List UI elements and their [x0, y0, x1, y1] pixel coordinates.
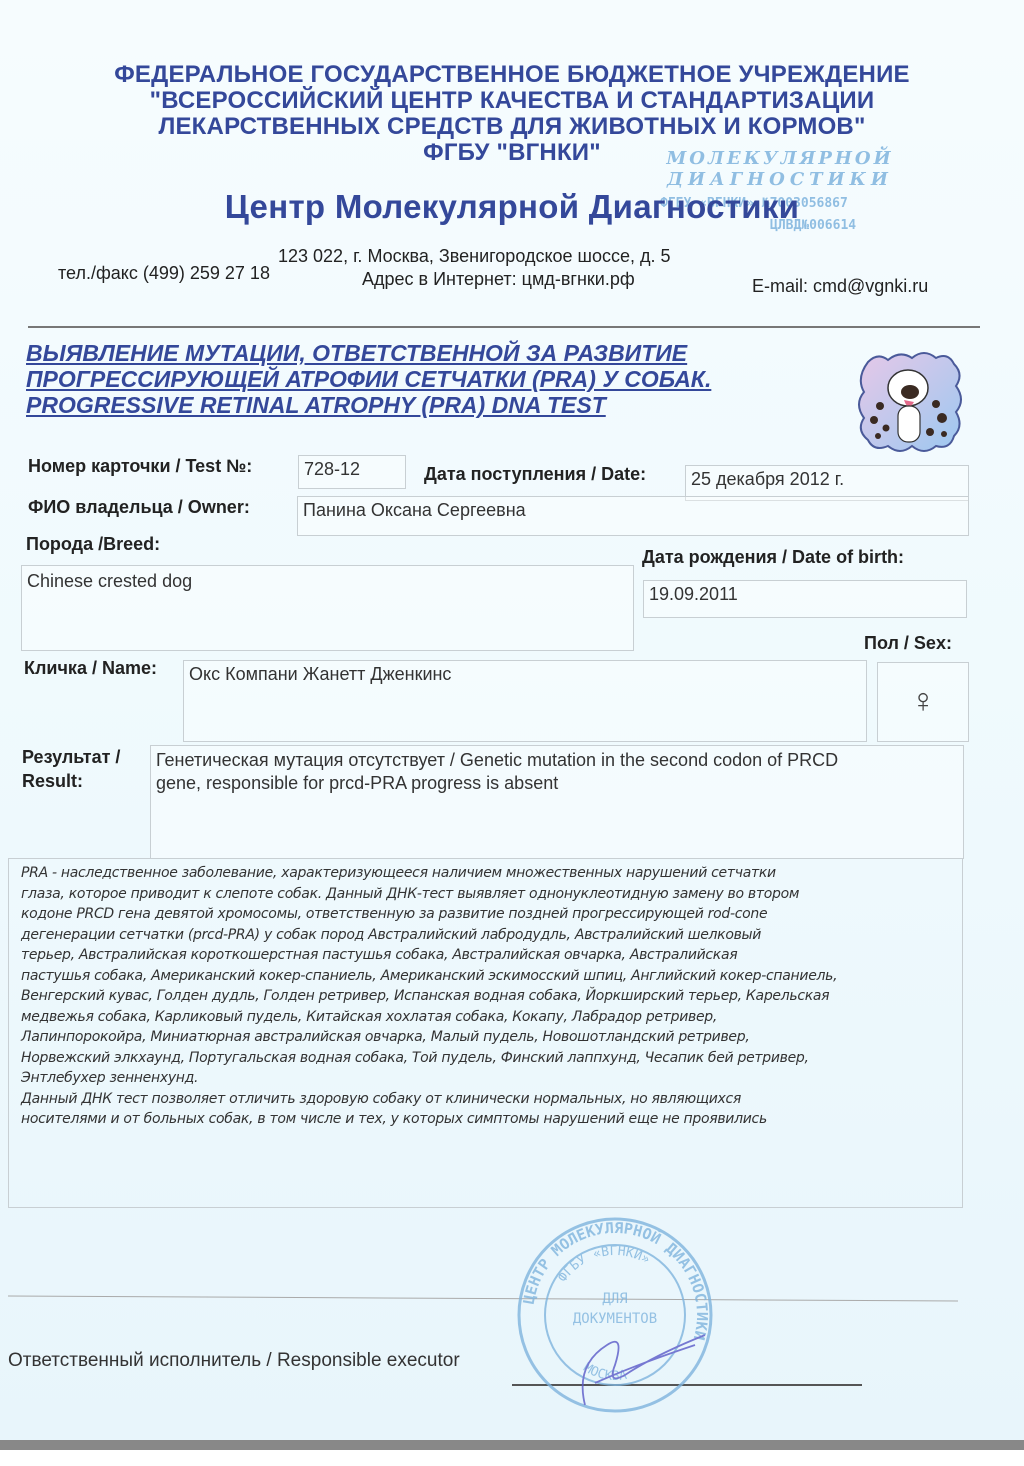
test-title: ВЫЯВЛЕНИЕ МУТАЦИИ, ОТВЕТСТВЕННОЙ ЗА РАЗВ… — [26, 340, 711, 418]
sex-label: Пол / Sex: — [864, 633, 952, 654]
female-sex-icon: ♀ — [877, 662, 969, 742]
description-line: Венгерский кувас, Голден дудль, Голден р… — [21, 986, 950, 1007]
result-line-1: Генетическая мутация отсутствует / Genet… — [156, 749, 958, 772]
description-line: кодоне PRCD гена девятой хромосомы, отве… — [21, 904, 950, 925]
result-field: Генетическая мутация отсутствует / Genet… — [150, 745, 964, 859]
test-title-line-3: PROGRESSIVE RETINAL ATROPHY (PRA) DNA TE… — [26, 392, 711, 418]
center-title: Центр Молекулярной Диагностики — [0, 188, 1024, 226]
description-line: дегенерации сетчатки (prcd-PRA) у собак … — [21, 925, 950, 946]
registration-stamp: МОЛЕКУЛЯРНОЙ ДИАГНОСТИКИ ФГБУ «ВГНКИ» №7… — [660, 148, 900, 190]
org-line-1: ФЕДЕРАЛЬНОЕ ГОСУДАРСТВЕННОЕ БЮДЖЕТНОЕ УЧ… — [0, 62, 1024, 88]
description-line: Данный ДНК тест позволяет отличить здоро… — [21, 1089, 950, 1110]
header-divider — [28, 326, 980, 328]
name-label: Кличка / Name: — [24, 658, 157, 679]
description-line: пастушья собака, Американский кокер-спан… — [21, 966, 950, 987]
separator-line — [8, 1296, 958, 1302]
owner-label: ФИО владельца / Owner: — [28, 497, 250, 518]
name-field: Окс Компани Жанетт Дженкинс — [183, 660, 867, 742]
description-line: PRA - наследственное заболевание, характ… — [21, 863, 950, 884]
breed-label: Порода /Breed: — [26, 534, 160, 555]
scan-edge — [0, 1440, 1024, 1450]
result-line-2: gene, responsible for prcd-PRA progress … — [156, 772, 958, 795]
dob-field: 19.09.2011 — [643, 580, 967, 618]
phone: тел./факс (499) 259 27 18 — [58, 263, 270, 284]
result-label-ru: Результат / — [22, 747, 120, 768]
date-label: Дата поступления / Date: — [424, 464, 646, 485]
email[interactable]: E-mail: cmd@vgnki.ru — [752, 276, 928, 297]
website[interactable]: Адрес в Интернет: цмд-вгнки.рф — [362, 269, 635, 290]
description-line: Энтлебухер зенненхунд. — [21, 1068, 950, 1089]
scan-margin — [0, 1450, 1024, 1466]
breed-field: Chinese crested dog — [21, 565, 634, 651]
description-line: Норвежский элкхаунд, Португальская водна… — [21, 1048, 950, 1069]
description-line: терьер, Австралийская короткошерстная па… — [21, 945, 950, 966]
certificate-page: ФЕДЕРАЛЬНОЕ ГОСУДАРСТВЕННОЕ БЮДЖЕТНОЕ УЧ… — [0, 0, 1024, 1440]
test-title-line-2: ПРОГРЕССИРУЮЩЕЙ АТРОФИИ СЕТЧАТКИ (PRA) У… — [26, 366, 711, 392]
test-title-line-1: ВЫЯВЛЕНИЕ МУТАЦИИ, ОТВЕТСТВЕННОЙ ЗА РАЗВ… — [26, 340, 711, 366]
address: 123 022, г. Москва, Звенигородское шоссе… — [278, 246, 671, 267]
stamp-line-2: ДИАГНОСТИКИ — [660, 169, 900, 190]
description-line: Лапинпорокойра, Миниатюрная австралийска… — [21, 1027, 950, 1048]
test-no-field: 728-12 — [298, 455, 406, 489]
dob-label: Дата рождения / Date of birth: — [642, 547, 904, 568]
pra-description: PRA - наследственное заболевание, характ… — [8, 858, 963, 1208]
result-label-en: Result: — [22, 771, 83, 792]
official-seal-icon: ЦЕНТР МОЛЕКУЛЯРНОЙ ДИАГНОСТИКИ ФГБУ «ВГН… — [515, 1215, 715, 1415]
test-no-label: Номер карточки / Test №: — [28, 456, 252, 477]
org-line-3: ЛЕКАРСТВЕННЫХ СРЕДСТВ ДЛЯ ЖИВОТНЫХ И КОР… — [0, 114, 1024, 140]
svg-text:ДОКУМЕНТОВ: ДОКУМЕНТОВ — [573, 1311, 657, 1327]
description-line: глаза, которое приводит к слепоте собак.… — [21, 884, 950, 905]
description-line: медвежья собака, Карликовый пудель, Кита… — [21, 1007, 950, 1028]
org-line-2: "ВСЕРОССИЙСКИЙ ЦЕНТР КАЧЕСТВА И СТАНДАРТ… — [0, 88, 1024, 114]
dalmatian-logo-icon — [850, 348, 970, 458]
owner-field: Панина Оксана Сергеевна — [297, 496, 969, 536]
executor-label: Ответственный исполнитель / Responsible … — [8, 1350, 460, 1372]
svg-text:ДЛЯ: ДЛЯ — [602, 1291, 627, 1307]
description-line: носителями и от больных собак, в том чис… — [21, 1109, 950, 1130]
stamp-line-1: МОЛЕКУЛЯРНОЙ — [660, 148, 900, 169]
